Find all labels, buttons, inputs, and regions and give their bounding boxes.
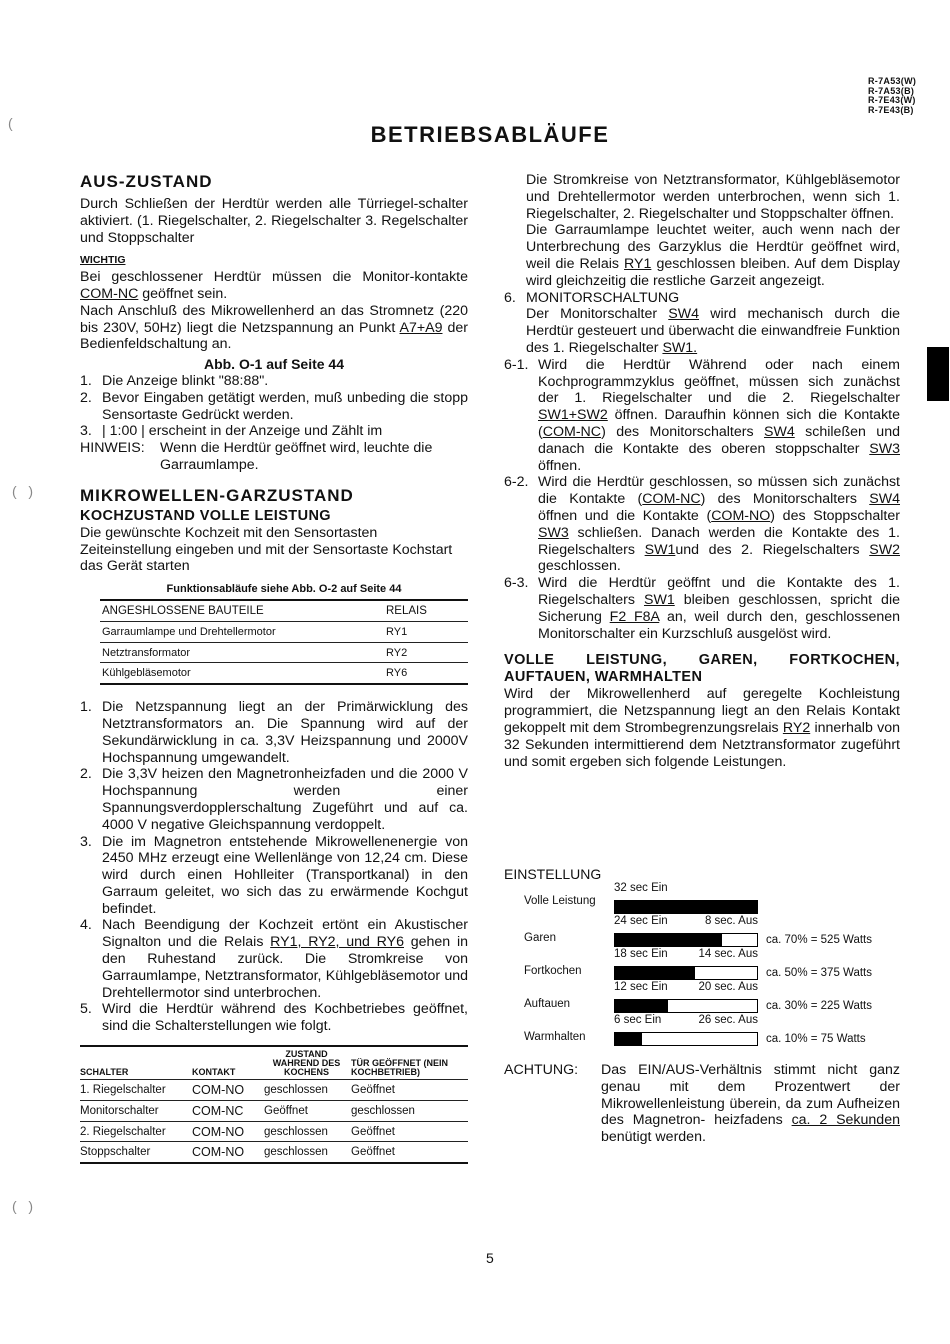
- table-row: Garraumlampe und DrehtellermotorRY1: [100, 621, 468, 642]
- power-heading: VOLLE LEISTUNG, GAREN, FORTKOCHEN, AUFTA…: [504, 652, 900, 686]
- on-time-label: 24 sec Ein: [614, 915, 668, 927]
- setting-label: Warmhalten: [524, 1031, 586, 1043]
- setting-label: Garen: [524, 932, 556, 944]
- mikro-step: 1.Die Netzspannung liegt an der Primärwi…: [80, 699, 468, 766]
- achtung-note: ACHTUNG: Das EIN/AUS-Verhältnis stimmt n…: [504, 1062, 900, 1146]
- left-column: AUS-ZUSTAND Durch Schließen der Herdtür …: [80, 172, 468, 1164]
- netz-text: Nach Anschluß des Mikrowellenherd an das…: [80, 303, 468, 353]
- power-text: Wird der Mikrowellenherd auf geregelte K…: [504, 686, 900, 770]
- page-title: BETRIEBSABLÄUFE: [0, 122, 950, 148]
- aus-step: 2.Bevor Eingaben getätigt werden, muß un…: [80, 390, 468, 424]
- setting-label: Volle Leistung: [524, 895, 596, 907]
- mikro-steps-list: 1.Die Netzspannung liegt an der Primärwi…: [80, 699, 468, 917]
- setting-label: Fortkochen: [524, 965, 582, 977]
- section-heading-aus-zustand: AUS-ZUSTAND: [80, 172, 468, 192]
- off-time-label: 14 sec. Aus: [699, 948, 758, 960]
- off-time-label: 8 sec. Aus: [705, 915, 758, 927]
- power-cycle-chart: 32 sec EinVolle Leistung24 sec Ein8 sec.…: [504, 880, 904, 1050]
- relay-table: Funktionsabläufe siehe Abb. O-2 auf Seit…: [100, 581, 468, 685]
- on-time-label: 6 sec Ein: [614, 1014, 661, 1026]
- right-para-1: Die Stromkreise von Netztransformator, K…: [526, 172, 900, 222]
- aus-step: 3.| 1:00 | erscheint in der Anzeige und …: [80, 423, 468, 440]
- power-label: ca. 10% = 75 Watts: [766, 1033, 866, 1045]
- step-6-3: 6-3. Wird die Herdtür geöffnt und die Ko…: [504, 575, 900, 642]
- right-para-2: Die Garraumlampe leuchtet weiter, auch w…: [526, 222, 900, 289]
- scan-margin-mark: ( ): [12, 483, 33, 499]
- wichtig-text: Bei geschlossener Herdtür müssen die Mon…: [80, 269, 468, 303]
- mikro-intro: Die gewünschte Kochzeit mit den Sensorta…: [80, 525, 468, 575]
- section-tab-marker: [927, 347, 949, 401]
- on-time-label: 18 sec Ein: [614, 948, 668, 960]
- mikro-step: 3.Die im Magnetron entstehende Mikrowell…: [80, 834, 468, 918]
- table-row: KühlgebläsemotorRY6: [100, 663, 468, 684]
- model-number: R-7E43(B): [868, 106, 916, 116]
- switch-table: SCHALTERKONTAKTZUSTAND WAHREND DES KOCHE…: [80, 1045, 468, 1164]
- on-time-label: 12 sec Ein: [614, 981, 668, 993]
- right-column: Die Stromkreise von Netztransformator, K…: [504, 172, 900, 770]
- page-number: 5: [486, 1250, 494, 1266]
- cycle-bar: [614, 900, 758, 914]
- on-time-label: 32 sec Ein: [614, 882, 668, 894]
- table-row: MonitorschalterCOM-NCGeöffnetgeschlossen: [80, 1100, 468, 1121]
- table-row: 1. RiegelschalterCOM-NOgeschlossenGeöffn…: [80, 1080, 468, 1101]
- off-time-label: 20 sec. Aus: [699, 981, 758, 993]
- off-time-label: 26 sec. Aus: [699, 1014, 758, 1026]
- scan-margin-mark: ( ): [12, 1198, 33, 1214]
- step-6-1: 6-1. Wird die Herdtür Während oder nach …: [504, 357, 900, 475]
- power-label: ca. 70% = 525 Watts: [766, 934, 872, 946]
- table-row: StoppschalterCOM-NOgeschlossenGeöffnet: [80, 1142, 468, 1163]
- step-6-2: 6-2. Wird die Herdtür geschlossen, so mü…: [504, 474, 900, 575]
- relay-table-caption: Funktionsabläufe siehe Abb. O-2 auf Seit…: [100, 581, 468, 599]
- monitor-section: 6. MONITORSCHALTUNG Der Monitorschalter …: [504, 290, 900, 357]
- aus-intro: Durch Schließen der Herdtür werden alle …: [80, 196, 468, 246]
- cycle-bar: [614, 966, 758, 980]
- figure-reference: Abb. O-1 auf Seite 44: [80, 356, 468, 373]
- table-row: NetztransformatorRY2: [100, 642, 468, 663]
- scan-margin-mark: (: [8, 115, 13, 131]
- mikro-step: 2.Die 3,3V heizen den Magnetronheizfaden…: [80, 766, 468, 833]
- relay-table-header: ANGESHLOSSENE BAUTEILERELAIS: [100, 600, 468, 621]
- power-label: ca. 50% = 375 Watts: [766, 967, 872, 979]
- hinweis-note: HINWEIS: Wenn die Herdtür geöffnet wird,…: [80, 440, 468, 474]
- setting-label: Auftauen: [524, 998, 570, 1010]
- aus-steps-list: 1.Die Anzeige blinkt "88:88".2.Bevor Ein…: [80, 373, 468, 440]
- table-row: 2. RiegelschalterCOM-NOgeschlossenGeöffn…: [80, 1121, 468, 1142]
- wichtig-label: WICHTIG: [80, 252, 468, 269]
- subheading-kochzustand: KOCHZUSTAND VOLLE LEISTUNG: [80, 508, 468, 525]
- cycle-bar: [614, 999, 758, 1013]
- monitor-heading: MONITORSCHALTUNG: [526, 290, 679, 306]
- cycle-bar: [614, 933, 758, 947]
- power-label: ca. 30% = 225 Watts: [766, 1000, 872, 1012]
- aus-step: 1.Die Anzeige blinkt "88:88".: [80, 373, 468, 390]
- step-5: 5. Wird die Herdtür während des Kochbetr…: [80, 1001, 468, 1035]
- step-4: 4. Nach Beendigung der Kochzeit ertönt e…: [80, 917, 468, 1001]
- cycle-bar: [614, 1032, 758, 1046]
- model-numbers: R-7A53(W) R-7A53(B) R-7E43(W) R-7E43(B): [868, 77, 916, 115]
- section-heading-mikrowellen: MIKROWELLEN-GARZUSTAND: [80, 486, 468, 506]
